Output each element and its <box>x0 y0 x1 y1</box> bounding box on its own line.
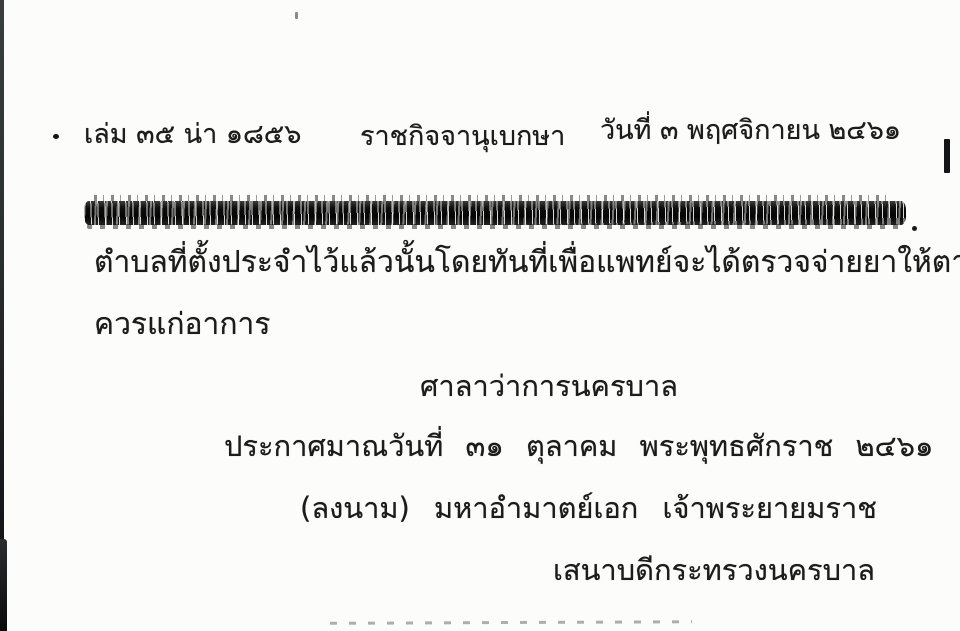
scan-left-edge-bulge <box>0 539 7 631</box>
issue-date: วันที่ ๓ พฤศจิกายน ๒๔๖๑ <box>600 110 901 152</box>
issuing-office: ศาลาว่าการนครบาล <box>420 364 678 409</box>
scan-right-edge-mark <box>944 139 950 173</box>
scan-speck <box>295 12 298 19</box>
scan-left-edge-artifact <box>0 0 4 631</box>
volume-page-label: เล่ม ๓๕ น่า ๑๘๕๖ <box>84 114 301 156</box>
gazette-scanned-page: เล่ม ๓๕ น่า ๑๘๕๖ ราชกิจจานุเบกษา วันที่ … <box>0 0 960 631</box>
ink-dot <box>912 226 917 231</box>
body-paragraph-line1-right: เพื่อแพทย์จะได้ตรวจจ่ายยาให้ตาม <box>548 240 960 287</box>
ink-dot <box>53 134 59 139</box>
body-paragraph-line1-left: ตำบลที่ตั้งประจำไว้แล้วนั้นโดยทันที่ <box>94 240 548 287</box>
body-paragraph-line2: ควรแก่อาการ <box>94 302 271 349</box>
smudged-text-rule <box>84 201 906 225</box>
signatory-title-line: เสนาบดีกระทรวงนครบาล <box>553 548 875 593</box>
body-paragraph-line1: ตำบลที่ตั้งประจำไว้แล้วนั้นโดยทันที่ เพื… <box>94 240 906 287</box>
signature-line: (ลงนาม) มหาอำมาตย์เอก เจ้าพระยายมราช <box>300 486 877 531</box>
gazette-title: ราชกิจจานุเบกษา <box>360 116 565 158</box>
cutoff-text-dashes <box>330 620 692 625</box>
proclamation-date-line: ประกาศมาณวันที่ ๓๑ ตุลาคม พระพุทธศักราช … <box>224 424 933 469</box>
